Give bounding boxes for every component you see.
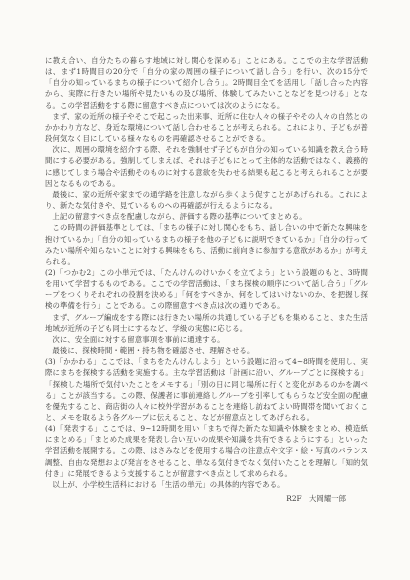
paragraph: 以上が、小学校生活科における「生活の単元」の具体的内容である。 <box>45 479 368 490</box>
paragraph: まず、家の近所の様子やそこで起こった出来事、近所に住む人々の様子やその人々の自然… <box>45 111 368 144</box>
paragraph: まず、グループ編成をする際には行きたい場所の共通している子どもを集めること、また… <box>45 312 368 334</box>
paragraph: 最後に、探検時間・範囲・持ち物を確認させ、理解させる。 <box>45 345 368 356</box>
paragraph: (2)「つかむ2」この小単元では、「たんけんのけいかくを立てよう」という設題のも… <box>45 267 368 312</box>
signature: R2F 大岡耀一郎 <box>45 493 368 504</box>
paragraph: 上記の留意すべき点を配慮しながら、評価する際の基準についてまとめる。 <box>45 211 368 222</box>
document-page: に教え合い、自分たちの暮らす地域に対し関心を深める」ことにある。ここでの主な学習… <box>0 0 410 580</box>
document-body: に教え合い、自分たちの暮らす地域に対し関心を深める」ことにある。ここでの主な学習… <box>45 55 368 490</box>
paragraph: (3)「かかわる」ここでは、「まちをたんけんしよう」という設題に沿って4~8時間… <box>45 356 368 423</box>
paragraph: (4)「発表する」ここでは、9~12時間を用い「まちで得た新たな知識や体験をまと… <box>45 423 368 479</box>
paragraph: 次に、安全面に対する留意事項を事前に通達する。 <box>45 334 368 345</box>
paragraph: 最後に、家の近所や家までの通学路を注意しながら歩くよう促すことがあげられる。これ… <box>45 189 368 211</box>
paragraph: 次に、周囲の環境を紹介する際、それを強制せず子どもが自分の知っている知識を教え合… <box>45 144 368 189</box>
paragraph: この時間の評価基準としては、「まちの様子に対し関心をもち、話し合いの中で新たな興… <box>45 222 368 267</box>
paragraph: に教え合い、自分たちの暮らす地域に対し関心を深める」ことにある。ここでの主な学習… <box>45 55 368 111</box>
